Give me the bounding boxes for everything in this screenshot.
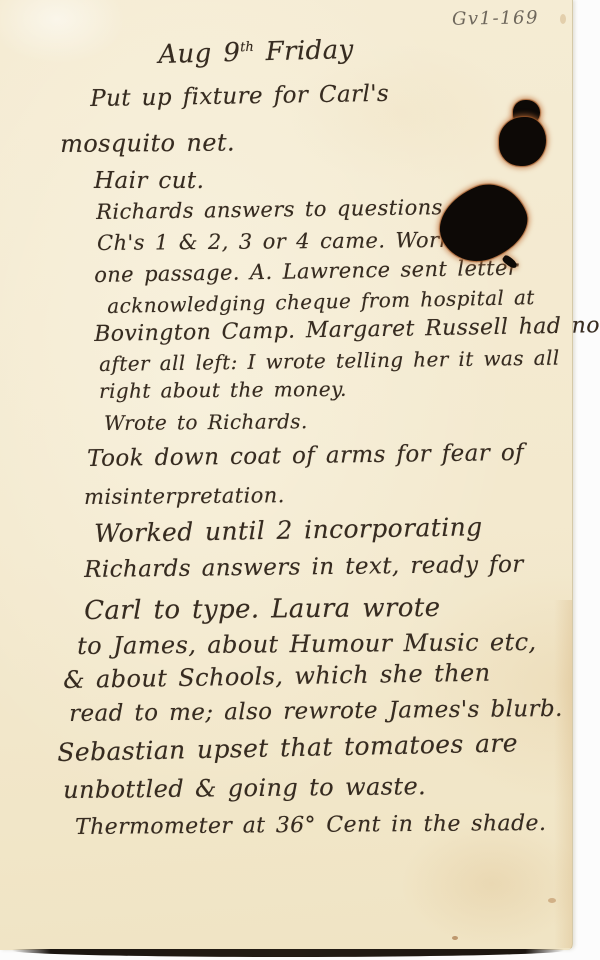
diary-line: read to me; also rewrote James's blurb. [69, 696, 563, 727]
diary-line: unbottled & going to waste. [63, 772, 426, 804]
diary-line: Sebastian upset that tomatoes are [57, 728, 518, 767]
paper-edge-tint [554, 600, 572, 948]
scan-background: Gv1-169 Aug 9th Friday Put up fixture fo… [0, 0, 600, 960]
diary-line: Bovington Camp. Margaret Russell had not [94, 313, 600, 347]
diary-line: acknowledging cheque from hospital at [107, 285, 535, 318]
diary-line: to James, about Humour Music etc, [77, 628, 537, 660]
ink-blot-small-bottom [499, 117, 546, 166]
stain-speck [452, 936, 458, 940]
entry-date: Aug 9 [158, 38, 241, 70]
diary-line: Thermometer at 36° Cent in the shade. [75, 811, 546, 840]
diary-line: Worked until 2 incorporating [94, 512, 483, 548]
diary-line: misinterpretation. [84, 483, 285, 509]
diary-line: Richards answers to questions on [96, 195, 480, 224]
stain-speck [560, 14, 566, 24]
diary-line: Wrote to Richards. [104, 409, 308, 435]
diary-line: Hair cut. [94, 168, 204, 194]
ink-blot-large-body [429, 173, 538, 273]
diary-line: Took down coat of arms for fear of [87, 440, 524, 472]
ink-blot-small [492, 100, 556, 172]
manuscript-page: Gv1-169 Aug 9th Friday Put up fixture fo… [0, 0, 573, 950]
diary-line: after all left: I wrote telling her it w… [99, 346, 560, 376]
entry-day: Friday [265, 35, 354, 67]
archive-reference: Gv1-169 [452, 7, 539, 30]
entry-date-heading: Aug 9th Friday [158, 35, 354, 70]
diary-line: mosquito net. [60, 128, 235, 158]
page-bottom-edge-shadow [12, 949, 564, 957]
date-ordinal: th [240, 40, 254, 55]
ink-blot-large-stem [501, 254, 519, 270]
diary-line: & about Schools, which she then [63, 659, 491, 694]
diary-line: right about the money. [99, 377, 347, 403]
ink-blot-large [430, 180, 536, 280]
diary-line: Carl to type. Laura wrote [84, 593, 441, 626]
diary-line: Put up fixture for Carl's [90, 81, 389, 112]
diary-line: Richards answers in text, ready for [84, 552, 524, 583]
stain-speck [548, 898, 556, 903]
